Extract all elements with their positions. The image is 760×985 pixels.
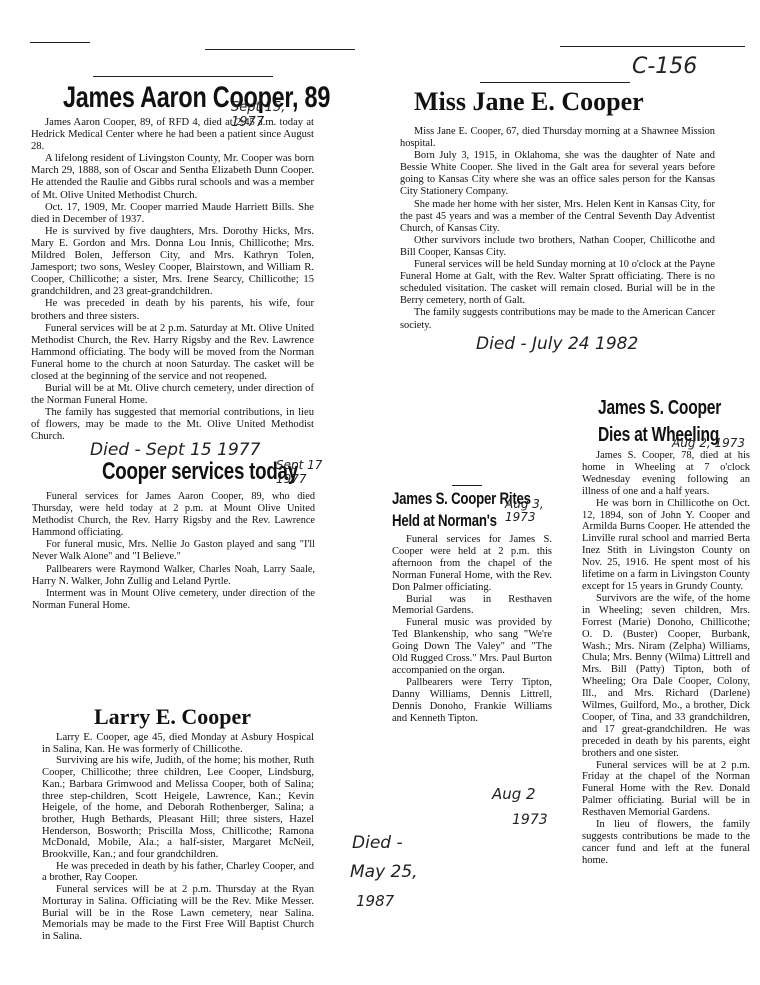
paragraph: Funeral services for James Aaron Cooper,… [32,491,315,539]
headline-rule [452,485,482,486]
page-reference-handwritten: C-156 [632,54,697,79]
handwritten-date: Sept 17 1977 [276,458,326,486]
headline-rule [93,76,273,77]
paragraph: Larry E. Cooper, age 45, died Monday at … [42,732,314,755]
paragraph: He was preceded in death by his parents,… [31,298,314,322]
paragraph: Born July 3, 1915, in Oklahoma, she was … [400,150,715,198]
article-james-s-cooper-rites: James S. Cooper Rites Held at Norman's A… [392,488,552,725]
scan-edge-rule [560,46,745,47]
paragraph: Interment was in Mount Olive cemetery, u… [32,588,315,612]
paragraph: Oct. 17, 1909, Mr. Cooper married Maude … [31,202,314,226]
headline: Larry E. Cooper [94,704,314,730]
headline: James Aaron Cooper, 89 [63,82,259,114]
handwritten-date: Aug 3, 1973 [505,498,555,524]
headline-line-1: James S. Cooper Rites [392,488,517,510]
handwritten-died-date: Died - July 24 1982 [476,334,638,354]
obituary-james-s-cooper-wheeling: James S. Cooper Dies at Wheeling Aug 2, … [582,394,750,867]
paragraph: Pallbearers were Raymond Walker, Charles… [32,564,315,588]
handwritten-date: Sept 15, 1977 [231,100,314,130]
paragraph: Funeral services will be at 2 p.m. Satur… [31,323,314,383]
paragraph: The family has suggested that memorial c… [31,407,314,443]
paragraph: Funeral services will be held Sunday mor… [400,259,715,307]
obituary-jane-e-cooper: Miss Jane E. Cooper Miss Jane E. Cooper,… [400,86,715,332]
handwritten-date: Aug 2, 1973 [672,436,745,450]
handwritten-aside-year: 1973 [512,812,548,828]
paragraph: A lifelong resident of Livingston County… [31,153,314,201]
headline-line-1: James S. Cooper [598,394,717,422]
scan-edge-rule [205,49,355,50]
handwritten-died-date: Died - Sept 15 1977 [90,440,260,460]
headline: Miss Jane E. Cooper [414,86,715,118]
paragraph: In lieu of flowers, the family suggests … [582,819,750,867]
paragraph: He was born in Chillicothe on Oct. 12, 1… [582,498,750,593]
handwritten-died-line: 1987 [356,892,394,910]
headline-line-2: Held at Norman's [392,510,517,532]
headline: Cooper services today [102,458,268,486]
handwritten-died-line: May 25, [350,862,418,882]
handwritten-aside-date: Aug 2 [492,785,536,803]
paragraph: Funeral services will be at 2 p.m. Thurs… [42,884,314,943]
paragraph: Funeral music was provided by Ted Blanke… [392,617,552,677]
paragraph: He is survived by five daughters, Mrs. D… [31,226,314,299]
paragraph: Survivors are the wife, of the home in W… [582,593,750,760]
paragraph: Miss Jane E. Cooper, 67, died Thursday m… [400,126,715,150]
paragraph: Burial will be at Mt. Olive church cemet… [31,383,314,407]
paragraph: Surviving are his wife, Judith, of the h… [42,755,314,860]
handwritten-died-line: Died - [352,833,403,853]
scan-edge-rule [30,42,90,43]
paragraph: Other survivors include two brothers, Na… [400,235,715,259]
headline-rule [480,82,630,83]
paragraph: Funeral services will be at 2 p.m. Frida… [582,760,750,820]
paragraph: Funeral services for James S. Cooper wer… [392,534,552,594]
paragraph: She made her home with her sister, Mrs. … [400,199,715,235]
paragraph: The family suggests contributions may be… [400,307,715,331]
article-cooper-services-today: Cooper services today Sept 17 1977 Funer… [32,458,315,612]
paragraph: James S. Cooper, 78, died at his home in… [582,450,750,498]
obituary-james-aaron-cooper: James Aaron Cooper, 89 Sept 15, 1977 Jam… [31,82,314,444]
obituary-larry-e-cooper: Larry E. Cooper Larry E. Cooper, age 45,… [42,704,314,943]
paragraph: For funeral music, Mrs. Nellie Jo Gaston… [32,539,315,563]
paragraph: Pallbearers were Terry Tipton, Danny Wil… [392,677,552,725]
paragraph: Burial was in Resthaven Memorial Gardens… [392,594,552,618]
paragraph: He was preceded in death by his father, … [42,861,314,884]
